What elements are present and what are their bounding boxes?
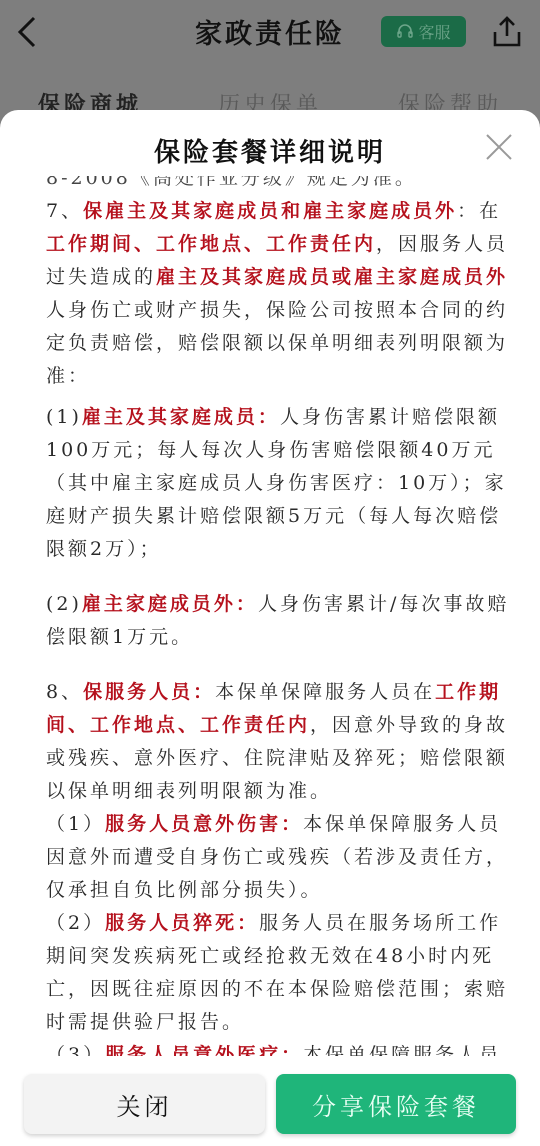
package-details-sheet: 保险套餐详细说明 8-2008《高处作业分级》规定为准。 7、保雇主及其家庭成员… (0, 110, 540, 1146)
truncated-line: 8-2008《高处作业分级》规定为准。 (46, 176, 512, 195)
share-button[interactable] (488, 14, 526, 50)
customer-service-label: 客服 (418, 20, 450, 43)
clause-7-highlight-1: 保雇主及其家庭成员和雇主家庭成员外 (83, 200, 457, 222)
customer-service-button[interactable]: 客服 (381, 16, 466, 47)
sheet-header: 保险套餐详细说明 (0, 110, 540, 186)
clause-7-1-heading: 雇主及其家庭成员： (82, 406, 280, 428)
clause-8-3: （3）服务人员意外医疗：本保单保障服务人员因工作受到的意外伤害，去医院治疗及外包… (46, 1039, 512, 1056)
clause-8-3-heading: 服务人员意外医疗： (105, 1044, 303, 1056)
clause-7-highlight-2: 工作期间、工作地点、工作责任内 (46, 233, 376, 255)
clause-8-2-heading: 服务人员猝死： (105, 912, 259, 934)
sheet-footer: 关闭 分享保险套餐 (0, 1058, 540, 1146)
clause-8: 8、保服务人员：本保单保障服务人员在工作期间、工作地点、工作责任内，因意外导致的… (46, 676, 512, 808)
share-upload-icon (492, 16, 522, 48)
clause-8-1-heading: 服务人员意外伤害： (105, 813, 303, 835)
clause-7-1: (1)雇主及其家庭成员：人身伤害累计赔偿限额100万元；每人每次人身伤害赔偿限额… (46, 401, 512, 566)
sheet-title: 保险套餐详细说明 (154, 132, 386, 169)
close-icon[interactable] (484, 132, 514, 162)
clause-8-2: （2）服务人员猝死：服务人员在服务场所工作期间突发疾病死亡或经抢救无效在48小时… (46, 907, 512, 1039)
headset-icon (396, 23, 414, 41)
clause-7: 7、保雇主及其家庭成员和雇主家庭成员外：在工作期间、工作地点、工作责任内，因服务… (46, 195, 512, 393)
clause-8-highlight-1: 保服务人员： (83, 681, 215, 703)
share-package-button[interactable]: 分享保险套餐 (276, 1074, 516, 1134)
close-button[interactable]: 关闭 (24, 1074, 265, 1134)
app-bar: 家政责任险 客服 (0, 0, 540, 64)
clause-7-highlight-3: 雇主及其家庭成员或雇主家庭成员外 (156, 266, 508, 288)
clause-7-2: (2)雇主家庭成员外：人身伤害累计/每次事故赔偿限额1万元。 (46, 588, 512, 654)
details-scroll-content[interactable]: 8-2008《高处作业分级》规定为准。 7、保雇主及其家庭成员和雇主家庭成员外：… (0, 176, 540, 1056)
clause-7-2-heading: 雇主家庭成员外： (82, 593, 258, 615)
clause-8-1: （1）服务人员意外伤害：本保单保障服务人员因意外而遭受自身伤亡或残疾（若涉及责任… (46, 808, 512, 907)
